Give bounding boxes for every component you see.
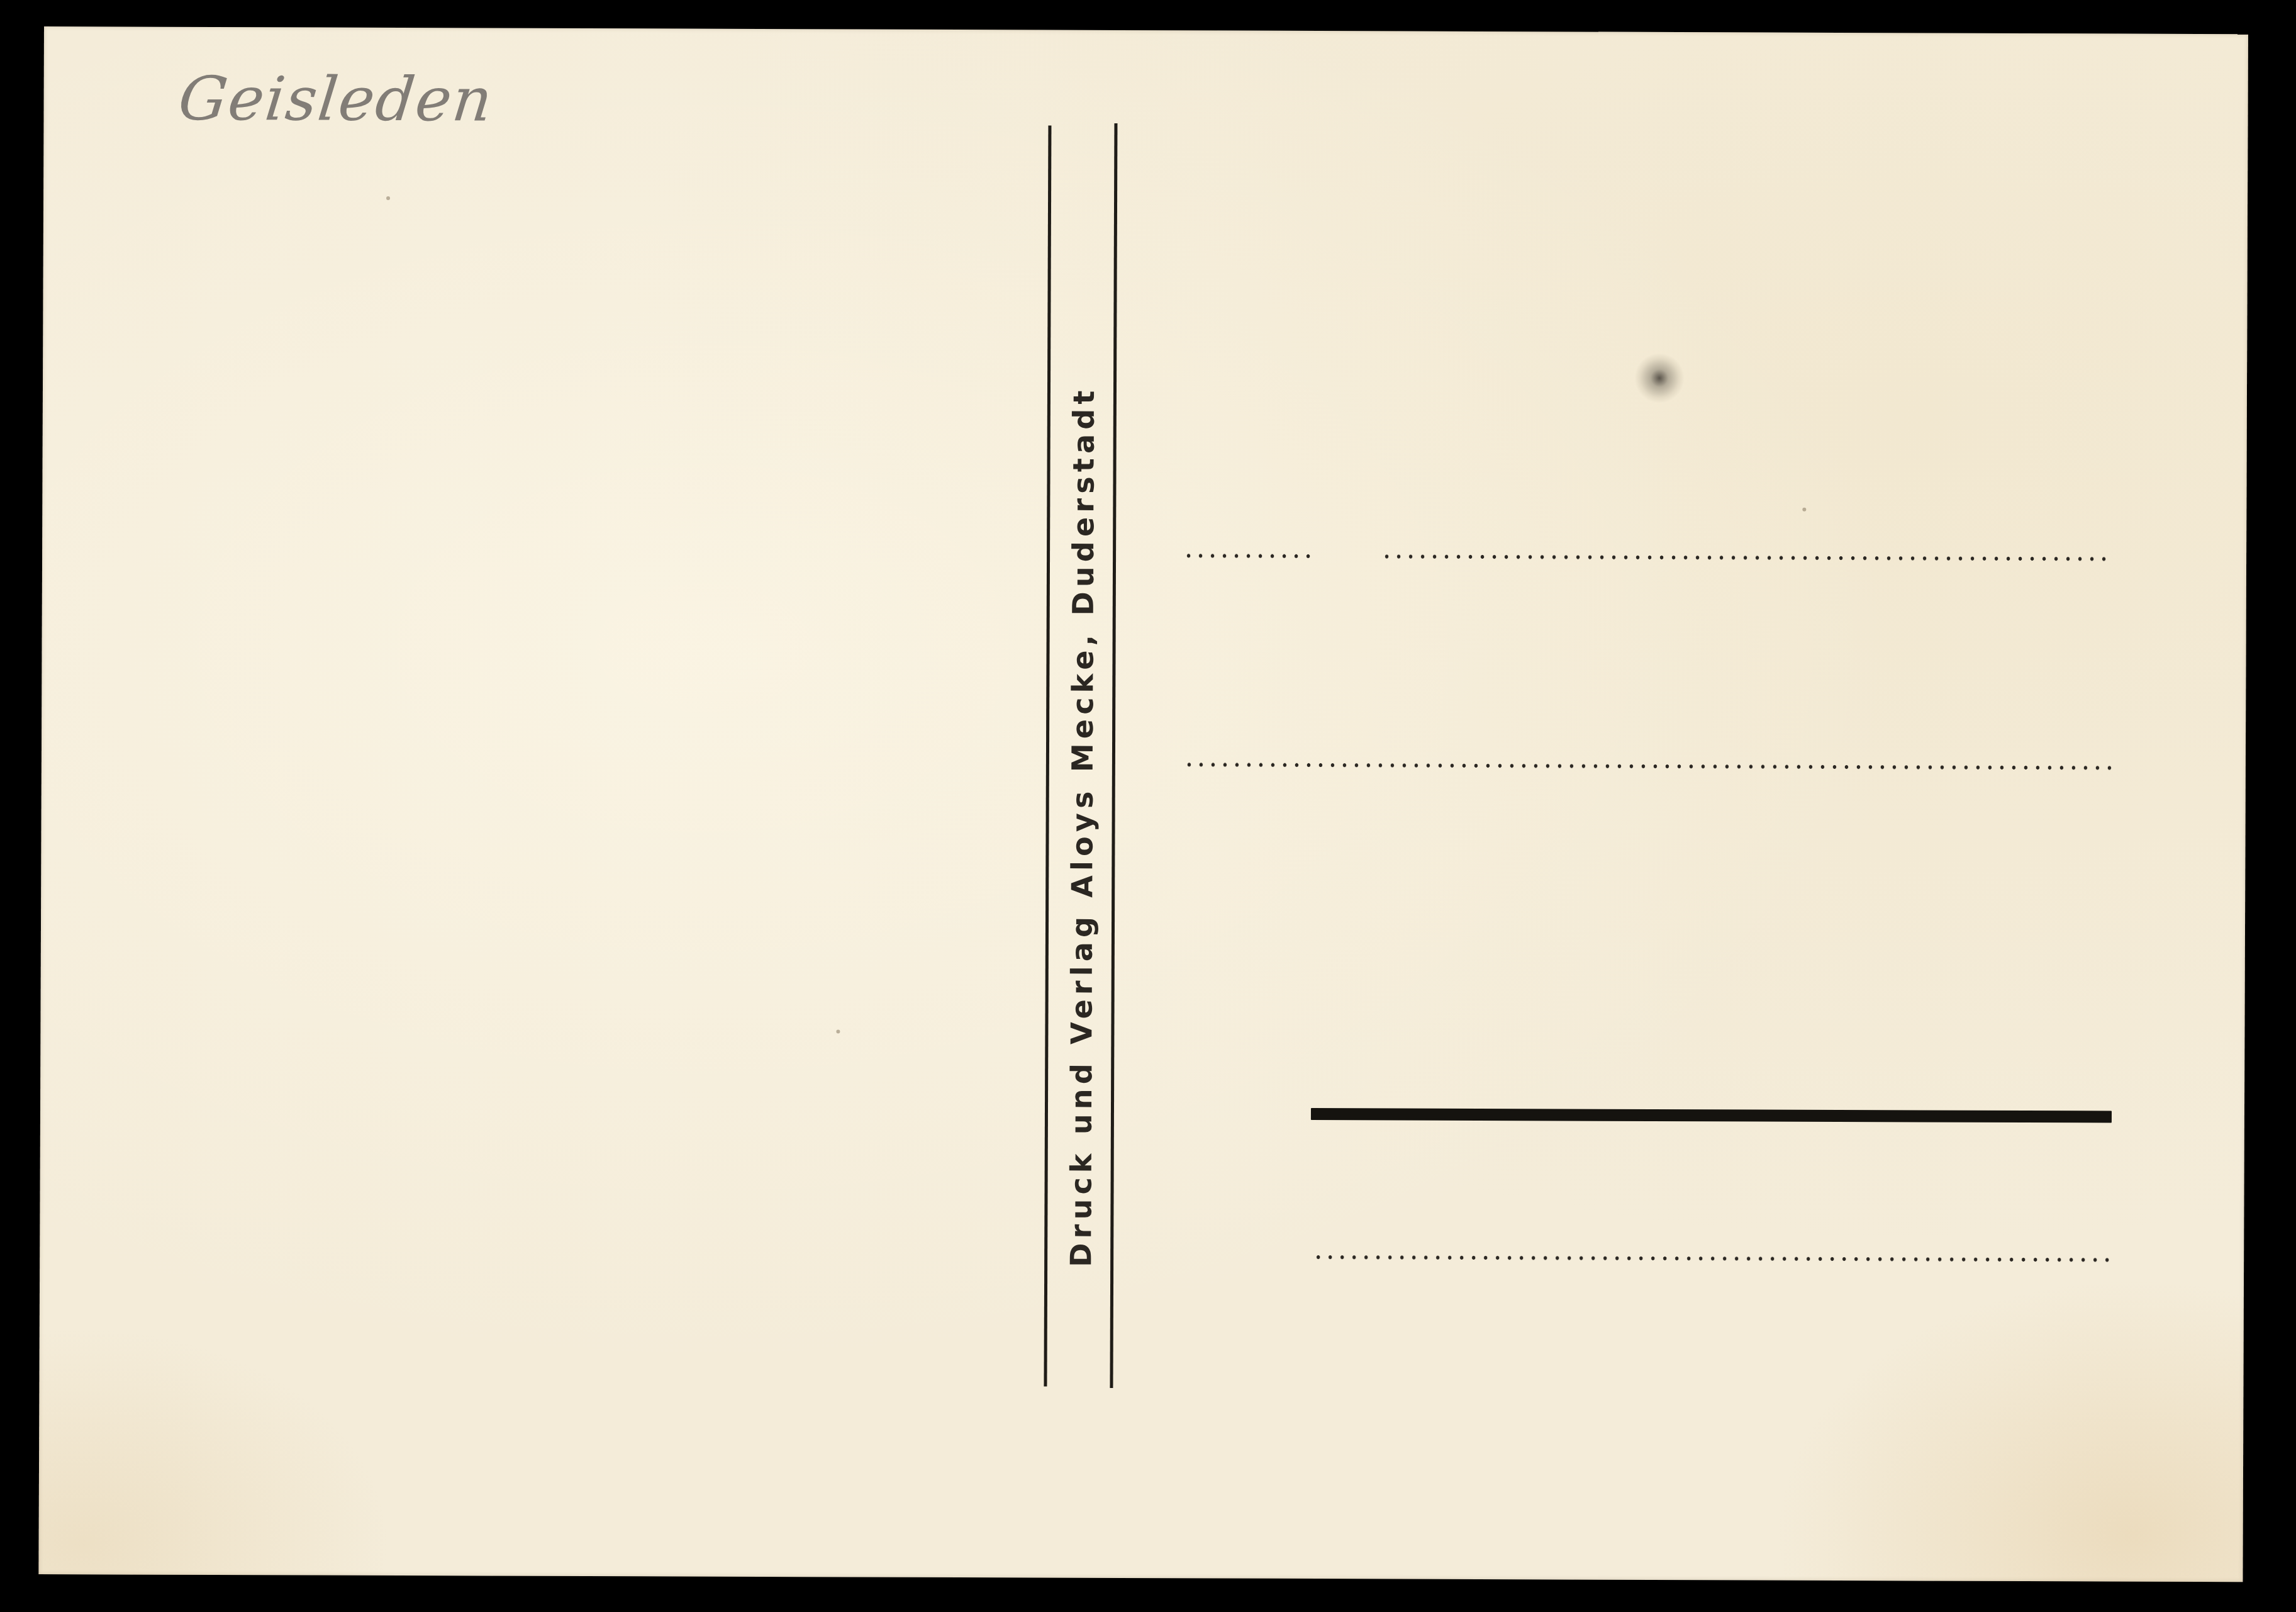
divider-line-left <box>1044 126 1051 1387</box>
handwritten-place-name: Geisleden <box>176 64 497 135</box>
address-line-1-short <box>1183 554 1315 558</box>
address-line-2 <box>1183 763 2113 770</box>
publisher-imprint: Druck und Verlag Aloys Mecke, Duderstadt <box>1062 260 1103 1267</box>
ink-stain <box>1634 353 1685 403</box>
postcard-back: Geisleden Druck und Verlag Aloys Mecke, … <box>38 26 2248 1582</box>
paper-speck <box>386 196 390 200</box>
paper-speck <box>1802 508 1806 512</box>
paper-speck <box>836 1029 840 1033</box>
address-line-1-long <box>1381 554 2114 561</box>
address-line-3-thick <box>1311 1108 2112 1122</box>
address-line-4 <box>1312 1255 2111 1262</box>
divider-line-right <box>1110 123 1117 1388</box>
